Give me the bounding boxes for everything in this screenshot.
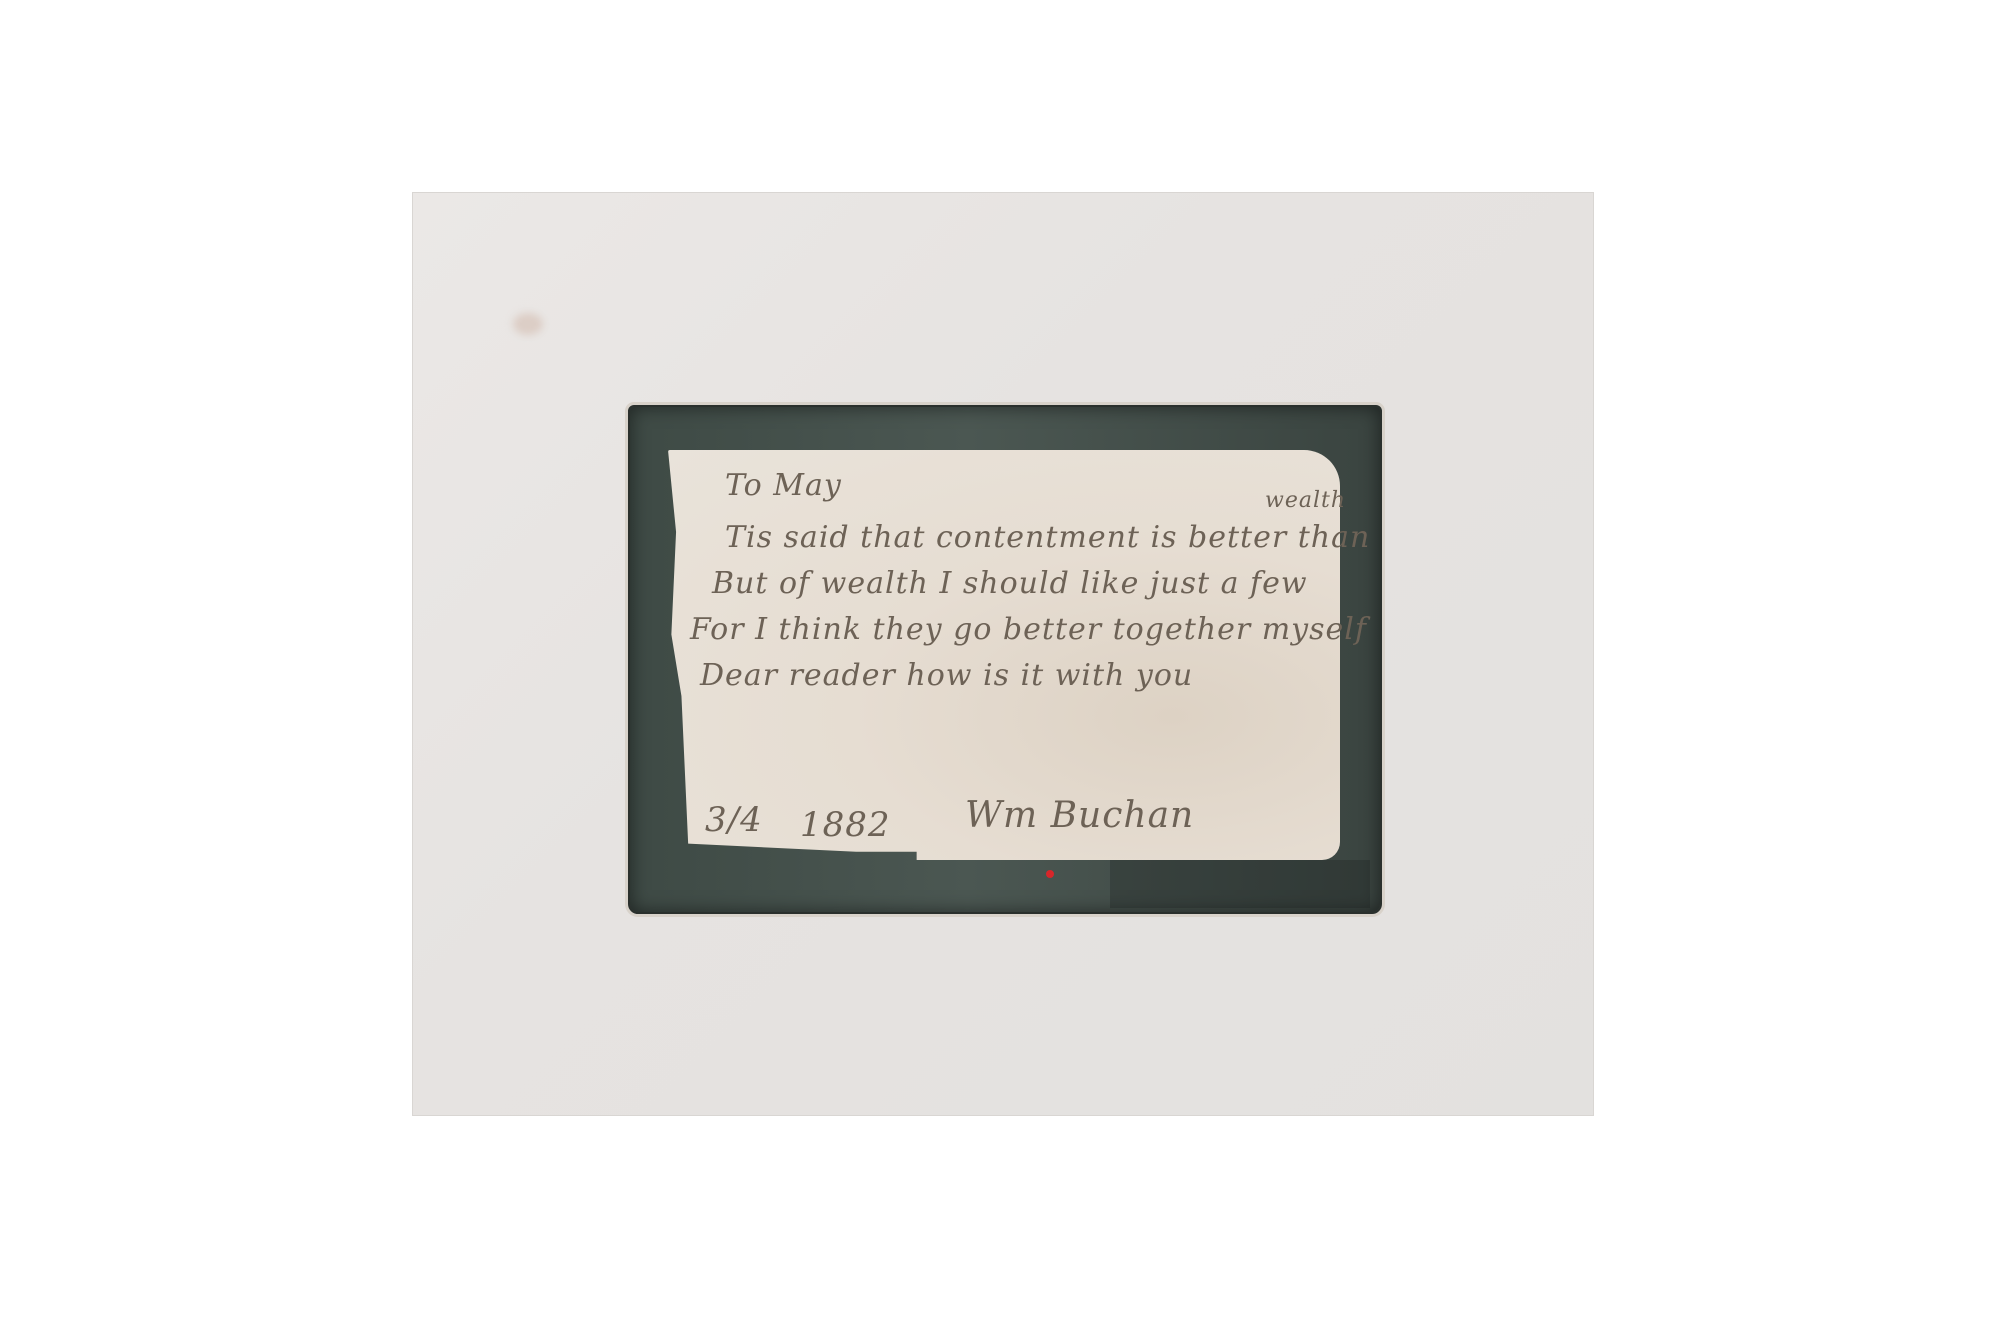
note-insertion: wealth bbox=[1265, 488, 1346, 513]
note-year: 1882 bbox=[800, 805, 891, 845]
note-line-4: Dear reader how is it with you bbox=[700, 658, 1193, 693]
glass-shadow bbox=[1110, 860, 1370, 908]
note-signature: Wm Buchan bbox=[965, 795, 1194, 836]
note-line-2: But of wealth I should like just a few bbox=[712, 566, 1308, 601]
note-date: 3/4 bbox=[705, 800, 763, 840]
note-line-1: Tis said that contentment is better than bbox=[725, 520, 1370, 555]
note-salutation: To May bbox=[725, 468, 842, 503]
note-line-3: For I think they go better together myse… bbox=[690, 612, 1367, 647]
mat-stain bbox=[513, 313, 543, 335]
red-mark bbox=[1046, 870, 1054, 878]
